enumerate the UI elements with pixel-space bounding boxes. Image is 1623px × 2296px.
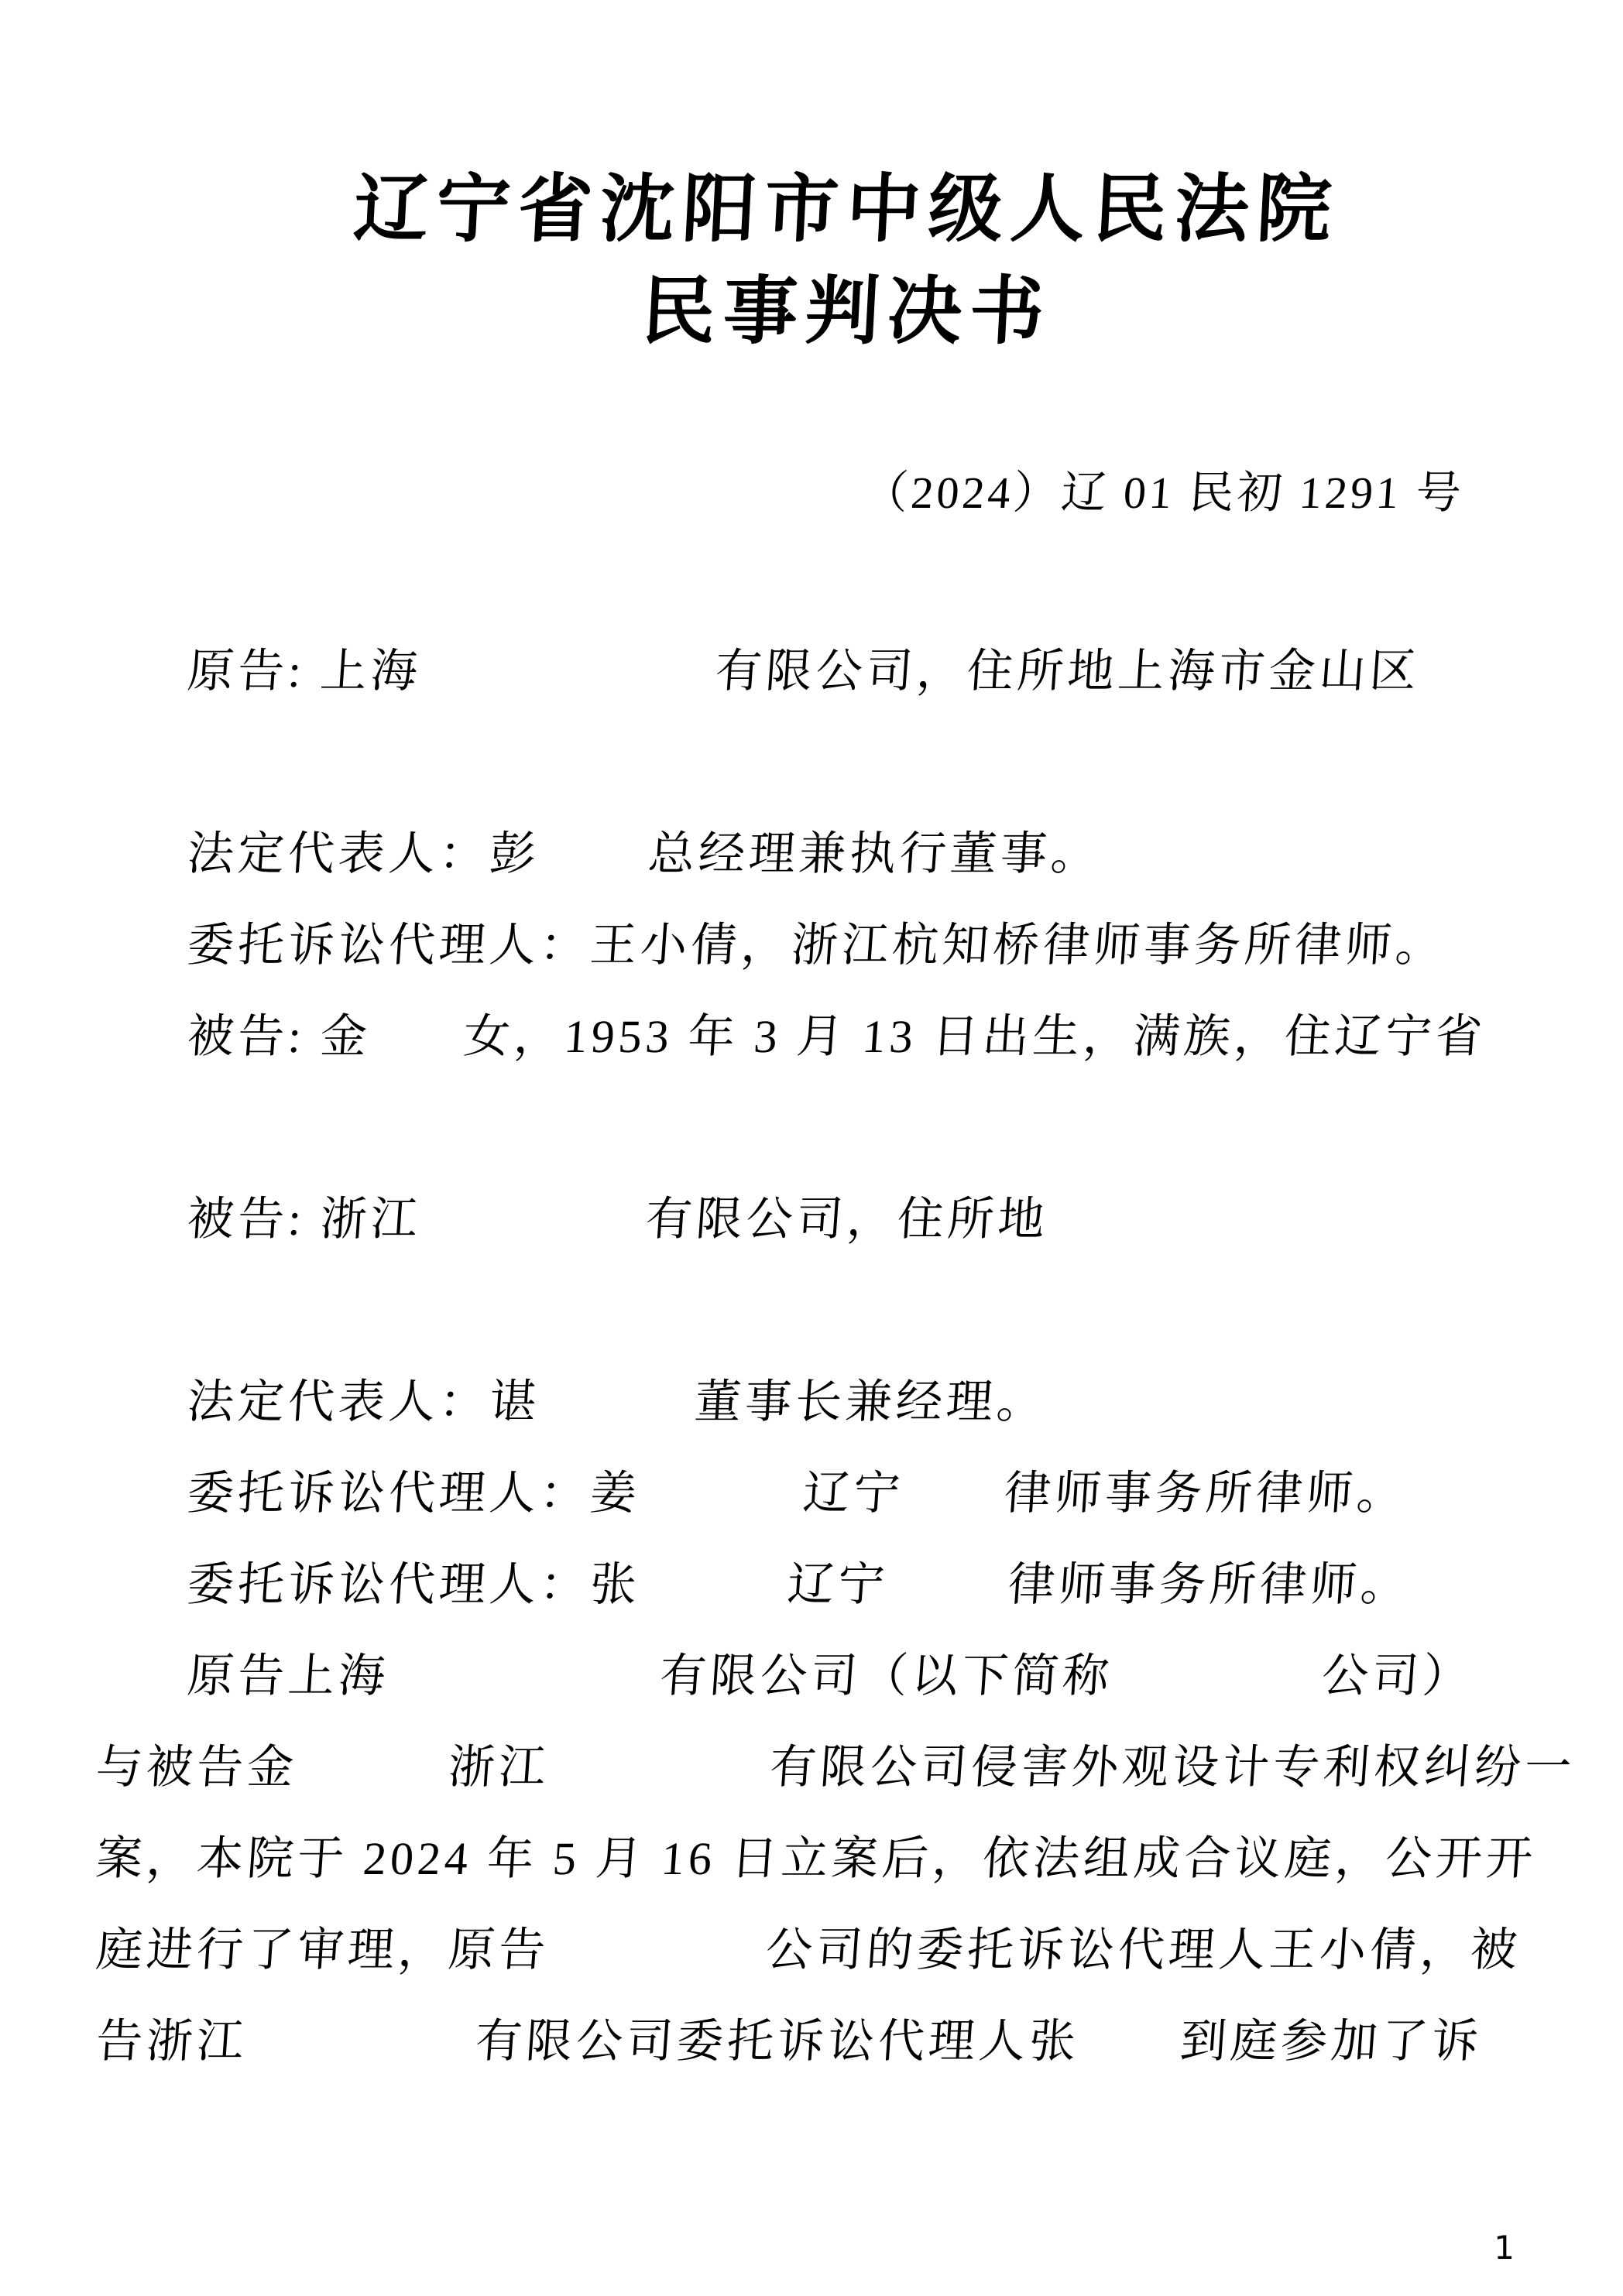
redaction-gap [548, 1965, 765, 1965]
redaction-gap [246, 2056, 475, 2057]
redaction-gap [539, 1417, 694, 1417]
blank-line [93, 717, 1530, 808]
document-header: 辽宁省沈阳市中级人民法院 民事判决书 [35, 0, 1623, 363]
body-line: 委托诉讼代理人：王小倩，浙江杭知桥律师事务所律师。 [93, 900, 1536, 991]
redaction-gap [640, 1599, 787, 1600]
redaction-gap [420, 686, 714, 687]
document-body: 原告: 上海有限公司，住所地上海市金山区法定代表人：彭总经理兼执行董事。委托诉讼… [0, 625, 1623, 2087]
text-segment: 律师事务所律师。 [1007, 1559, 1413, 1610]
text-segment: 委托诉讼代理人：姜 [186, 1468, 643, 1519]
text-segment: 案，本院于 2024 年 5 月 16 日立案后，依法组成合议庭，公开开 [94, 1833, 1539, 1884]
body-line: 被告: 浙江有限公司，住所地 [93, 1174, 1536, 1265]
text-segment: 女，1953 年 3 月 13 日出生，满族，住辽宁省 [462, 1011, 1487, 1062]
text-segment: 庭进行了审理，原告 [94, 1924, 551, 1976]
text-segment: 辽宁 [801, 1468, 906, 1519]
redaction-gap [539, 869, 647, 869]
redaction-gap [1079, 2056, 1179, 2057]
text-segment: 律师事务所律师。 [1003, 1468, 1409, 1519]
text-segment: 被告: 浙江 [186, 1194, 423, 1245]
text-segment: 与被告金 [94, 1742, 300, 1793]
text-segment: 被告: 金 [186, 1011, 372, 1062]
redaction-gap [1112, 1691, 1321, 1691]
text-segment: 有限公司委托诉讼代理人张 [474, 2016, 1082, 2067]
redaction-gap [640, 1508, 802, 1509]
text-segment: 辽宁 [786, 1559, 890, 1610]
redaction-gap [903, 1508, 1004, 1509]
body-line: 法定代表人：谌董事长兼经理。 [93, 1356, 1536, 1448]
text-segment: 告浙江 [94, 2016, 249, 2067]
redaction-gap [388, 1691, 659, 1691]
body-line: 庭进行了审理，原告公司的委托诉讼代理人王小倩，被 [93, 1904, 1536, 1996]
text-segment: 委托诉讼代理人：王小倩，浙江杭知桥律师事务所律师。 [186, 920, 1448, 971]
body-line: 告浙江有限公司委托诉讼代理人张到庭参加了诉 [93, 1996, 1536, 2087]
text-segment: 总经理兼执行董事。 [647, 828, 1103, 879]
case-number-row: （2024）辽 01 民初 1291 号 [0, 456, 1623, 521]
text-segment: 委托诉讼代理人：张 [186, 1559, 643, 1610]
page-number: 1 [1494, 2229, 1515, 2267]
text-segment: 到庭参加了诉 [1179, 2016, 1484, 2067]
text-segment: 董事长兼经理。 [693, 1376, 1049, 1427]
redaction-gap [420, 1234, 644, 1235]
redaction-gap [369, 1051, 462, 1052]
text-segment: 法定代表人：谌 [186, 1376, 542, 1427]
text-segment: 法定代表人：彭 [186, 828, 542, 879]
text-segment: 公司的委托诉讼代理人王小倩，被 [764, 1924, 1523, 1976]
body-line: 委托诉讼代理人：张辽宁律师事务所律师。 [93, 1539, 1536, 1630]
redaction-gap [887, 1599, 1007, 1600]
text-segment: 有限公司（以下简称 [658, 1650, 1115, 1701]
case-number: （2024）辽 01 民初 1291 号 [861, 456, 1467, 521]
body-line: 案，本院于 2024 年 5 月 16 日立案后，依法组成合议庭，公开开 [93, 1813, 1536, 1904]
text-segment: 浙江 [447, 1742, 551, 1793]
body-line: 法定代表人：彭总经理兼执行董事。 [93, 808, 1536, 900]
document-type-title: 民事判决书 [33, 261, 1623, 363]
body-line: 原告: 上海有限公司，住所地上海市金山区 [93, 625, 1536, 717]
text-segment: 有限公司侵害外观设计专利权纠纷一 [768, 1742, 1577, 1793]
text-segment: 有限公司，住所地上海市金山区 [713, 646, 1422, 697]
blank-line [93, 1082, 1530, 1174]
redaction-gap [297, 1782, 448, 1783]
judgment-page: 辽宁省沈阳市中级人民法院 民事判决书 （2024）辽 01 民初 1291 号 … [0, 0, 1623, 2296]
redaction-gap [548, 1782, 769, 1783]
text-segment: 公司） [1320, 1650, 1475, 1701]
text-segment: 原告上海 [186, 1650, 391, 1701]
court-name-title: 辽宁省沈阳市中级人民法院 [33, 159, 1623, 261]
body-line: 被告: 金女，1953 年 3 月 13 日出生，满族，住辽宁省 [93, 991, 1536, 1082]
body-line: 与被告金浙江有限公司侵害外观设计专利权纠纷一 [93, 1722, 1536, 1813]
body-line: 委托诉讼代理人：姜辽宁律师事务所律师。 [93, 1448, 1536, 1539]
body-line: 原告上海有限公司（以下简称公司） [93, 1630, 1536, 1722]
blank-line [93, 1265, 1530, 1356]
text-segment: 原告: 上海 [186, 646, 423, 697]
text-segment: 有限公司，住所地 [643, 1194, 1050, 1245]
